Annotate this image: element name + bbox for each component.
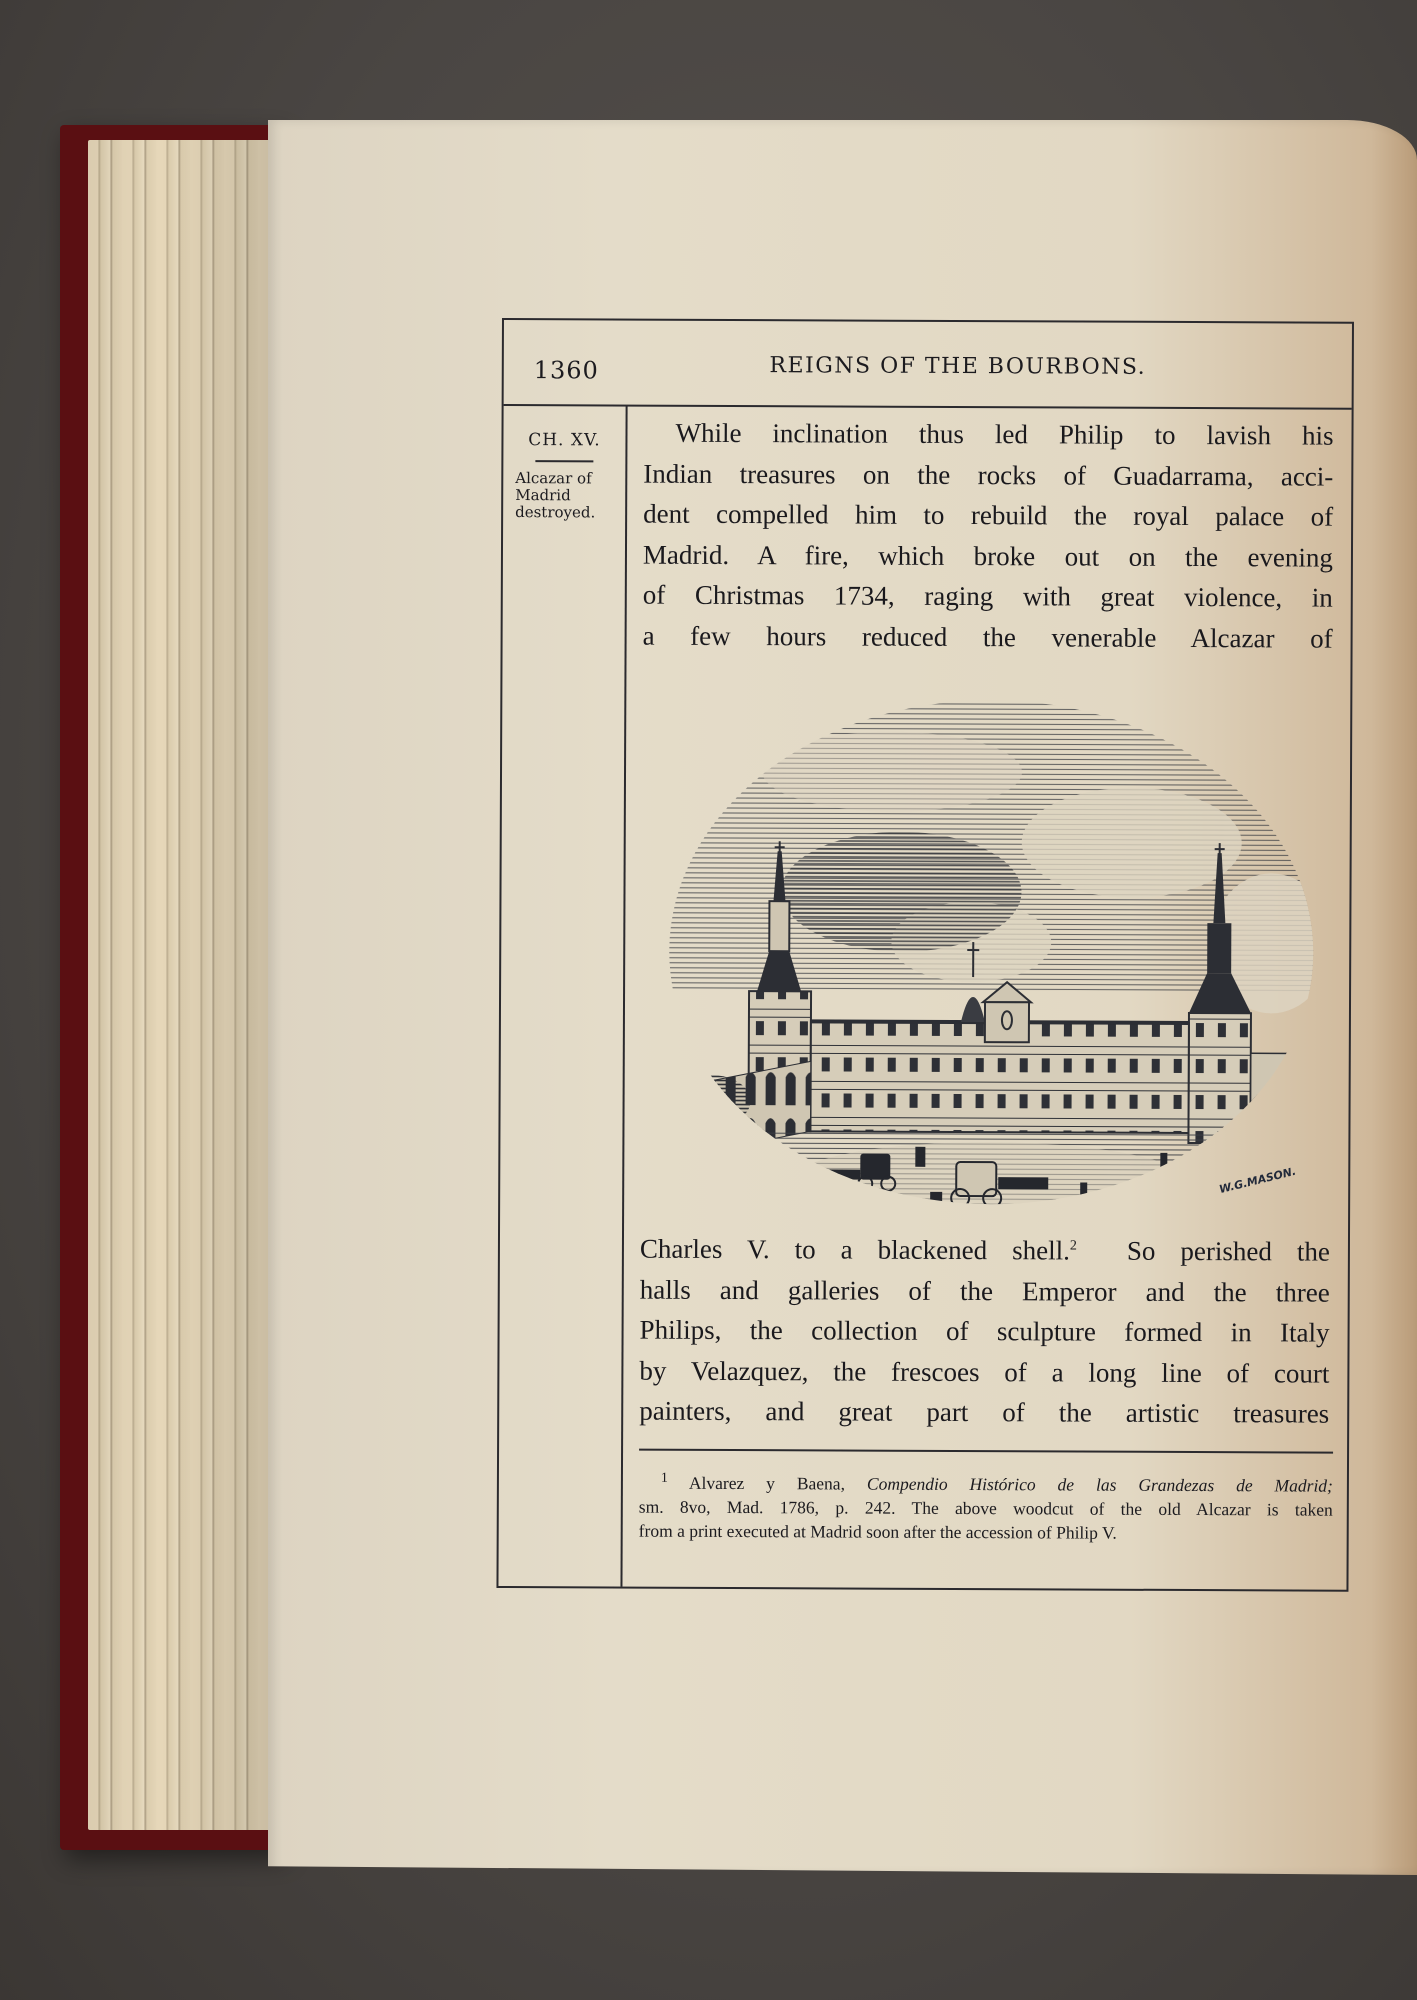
footnote-title: Compendio Histórico de las Grandezas de … — [867, 1474, 1333, 1496]
footnote-line: 1 Alvarez y Baena, Compendio Histórico d… — [639, 1471, 1333, 1498]
side-note-line: Madrid — [515, 487, 619, 504]
text-line: halls and galleries of the Emperor and t… — [640, 1269, 1330, 1313]
woodcut-illustration: W.G.MASON. — [660, 691, 1322, 1214]
text-segment: Charles V. to a blackened shell. — [640, 1234, 1070, 1266]
engraver-signature: W.G.MASON. — [1218, 1165, 1298, 1196]
chapter-rule — [535, 460, 593, 462]
footnote-line: from a print executed at Madrid soon aft… — [639, 1519, 1333, 1546]
text-line: Charles V. to a blackened shell.2 So per… — [640, 1229, 1330, 1273]
text-line: Philips, the collection of sculpture for… — [639, 1310, 1329, 1354]
text-line: Indian treasures on the rocks of Guadarr… — [643, 453, 1333, 497]
alcazar-woodcut-image: W.G.MASON. — [660, 691, 1322, 1214]
body-text-bottom: Charles V. to a blackened shell.2 So per… — [639, 1229, 1330, 1435]
text-line: a few hours reduced the venerable Alcaza… — [643, 615, 1333, 659]
footnote-divider — [639, 1449, 1333, 1454]
text-line: dent compelled him to rebuild the royal … — [643, 494, 1333, 538]
chapter-label: CH. XV. — [503, 430, 625, 451]
page-edges — [88, 140, 270, 1830]
text-frame: 1360 REIGNS OF THE BOURBONS. CH. XV. Alc… — [496, 318, 1354, 1592]
text-line: by Velazquez, the frescoes of a long lin… — [639, 1350, 1329, 1394]
text-line: While inclination thus led Philip to lav… — [643, 413, 1333, 457]
text-line: Madrid. A fire, which broke out on the e… — [643, 534, 1333, 578]
text-segment: So perished the — [1077, 1236, 1330, 1267]
margin-column: CH. XV. Alcazar of Madrid destroyed. — [498, 406, 627, 1587]
side-note-line: destroyed. — [515, 504, 619, 521]
text-line: of Christmas 1734, raging with great vio… — [643, 575, 1333, 619]
running-head: 1360 REIGNS OF THE BOURBONS. — [504, 320, 1352, 410]
footnote-author: Alvarez y Baena, — [689, 1473, 845, 1494]
side-note-line: Alcazar of — [515, 470, 619, 487]
footnote: 1 Alvarez y Baena, Compendio Histórico d… — [639, 1471, 1333, 1546]
footnote-marker: 1 — [661, 1471, 668, 1486]
footnote-reference[interactable]: 2 — [1070, 1238, 1077, 1253]
footnote-line: sm. 8vo, Mad. 1786, p. 242. The above wo… — [639, 1495, 1333, 1522]
running-head-title: REIGNS OF THE BOURBONS. — [504, 352, 1352, 381]
body-text-top: While inclination thus led Philip to lav… — [643, 413, 1334, 659]
text-line: painters, and great part of the artistic… — [639, 1391, 1329, 1435]
side-note: Alcazar of Madrid destroyed. — [515, 470, 619, 521]
